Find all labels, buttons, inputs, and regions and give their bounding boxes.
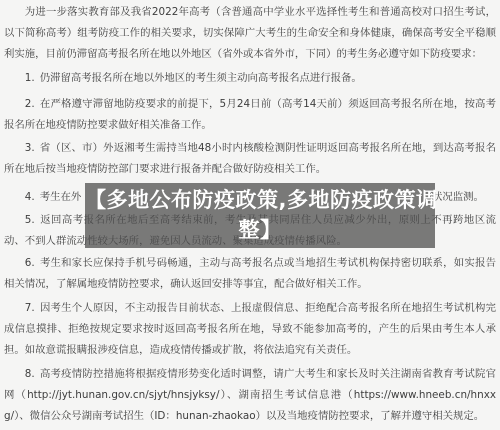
item-number: 6. bbox=[25, 257, 40, 269]
policy-item-2: 2.在严格遵守滞留地防疫要求的前提下，5月24日前（高考14天前）须返回高考报名… bbox=[4, 94, 496, 136]
item-text-end: 状况监测。 bbox=[432, 187, 484, 208]
policy-item-6: 6.考生和家长应保持手机号码畅通，主动与高考报名点或当地招生考试机构保持密切联系… bbox=[4, 253, 496, 295]
item-number: 2. bbox=[25, 98, 40, 110]
headline-line-2: 整】 bbox=[85, 215, 435, 245]
intro-paragraph: 为进一步落实教育部及我省2022年高考（含普通高中学业水平选择性考生和普通高校对… bbox=[4, 2, 496, 65]
document-page: 为进一步落实教育部及我省2022年高考（含普通高中学业水平选择性考生和普通高校对… bbox=[0, 0, 500, 430]
item-text: 因考生个人原因，不主动报告目前状态、上报虚假信息、拒绝配合高考报名所在地招生考试… bbox=[4, 302, 496, 356]
headline-overlay: 【多地公布防疫政策,多地防疫政策调 整】 bbox=[85, 183, 435, 248]
item-text: 在严格遵守滞留地防疫要求的前提下，5月24日前（高考14天前）须返回高考报名所在… bbox=[4, 98, 496, 131]
item-text: 高考疫情防控措施将根据疫情形势变化适时调整，请广大考生和家长及时关注湖南省教育考… bbox=[4, 368, 496, 422]
headline-line-1: 【多地公布防疫政策,多地防疫政策调 bbox=[85, 185, 435, 215]
item-text: 省（区、市）外返湘考生需持当地48小时内核酸检测阴性证明返回高考报名所在地，到达… bbox=[4, 142, 496, 175]
policy-item-8: 8.高考疫情防控措施将根据疫情形势变化适时调整，请广大考生和家长及时关注湖南省教… bbox=[4, 364, 496, 427]
policy-item-7: 7.因考生个人原因，不主动报告目前状态、上报虚假信息、拒绝配合高考报名所在地招生… bbox=[4, 298, 496, 361]
item-number: 5. bbox=[25, 214, 40, 226]
policy-item-1: 1.仍滞留高考报名所在地以外地区的考生须主动向高考报名点进行报备。 bbox=[4, 68, 496, 89]
item-text-start: 考生在外 bbox=[40, 191, 82, 203]
item-number: 4. bbox=[25, 191, 40, 203]
item-number: 7. bbox=[25, 302, 40, 314]
item-number: 3. bbox=[25, 142, 40, 154]
item-text: 仍滞留高考报名所在地以外地区的考生须主动向高考报名点进行报备。 bbox=[40, 72, 362, 84]
item-text: 考生和家长应保持手机号码畅通，主动与高考报名点或当地招生考试机构保持密切联系，如… bbox=[4, 257, 496, 290]
item-number: 1. bbox=[25, 72, 40, 84]
item-number: 8. bbox=[25, 368, 40, 380]
policy-item-3: 3.省（区、市）外返湘考生需持当地48小时内核酸检测阴性证明返回高考报名所在地，… bbox=[4, 138, 496, 180]
